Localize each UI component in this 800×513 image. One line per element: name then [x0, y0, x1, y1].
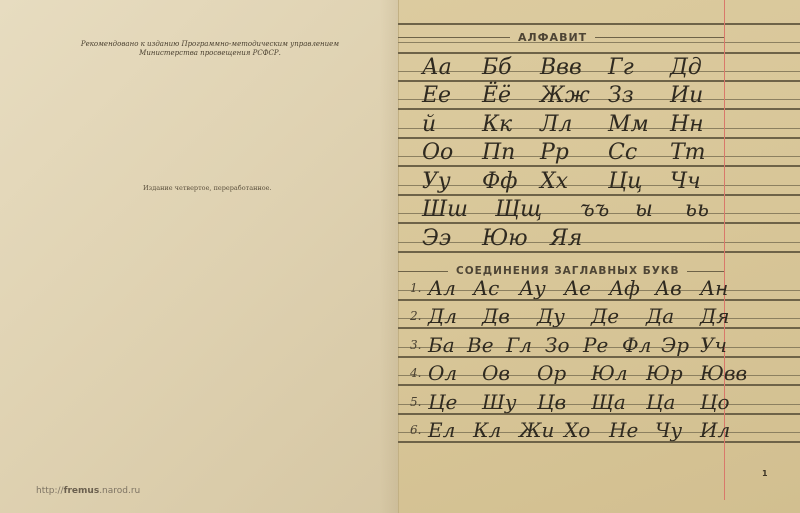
letter-connection: Ца: [646, 388, 675, 416]
letter-connection: Ан: [700, 274, 728, 302]
letter-connection: Фл: [622, 331, 651, 359]
row-number: 5.: [410, 388, 421, 416]
alphabet-letter: Цц: [608, 168, 643, 196]
letter-connection: Ор: [537, 359, 566, 387]
letter-connection: Ел: [428, 416, 455, 444]
letter-connection: Ал: [428, 274, 456, 302]
alphabet-letter: Ее: [422, 82, 451, 110]
page-fold-shadow: [380, 0, 398, 513]
alphabet-letter: Оо: [422, 139, 453, 167]
heading-rule-right: [687, 271, 724, 272]
alphabet-letter: Чч: [670, 168, 701, 196]
heading-rule-left: [398, 37, 510, 38]
alphabet-letter: ы: [635, 196, 653, 224]
connection-row: 2.ДлДвДуДеДаДя: [400, 302, 724, 330]
alphabet-letter: Ёё: [482, 82, 511, 110]
imprint-line-2: Министерства просвещения РСФСР.: [40, 49, 380, 58]
letter-connection: Дв: [482, 302, 510, 330]
edition-note: Издание четвертое, переработанное.: [143, 184, 272, 192]
letter-connection: Дя: [700, 302, 730, 330]
alphabet-heading-text: АЛФАВИТ: [510, 31, 595, 44]
alphabet-letter: Юю: [482, 225, 528, 253]
letter-connection: Юл: [591, 359, 628, 387]
alphabet-letter: Жж: [540, 82, 590, 110]
letter-connection: Де: [591, 302, 619, 330]
letter-connection: Эр: [661, 331, 689, 359]
letter-connection: Ау: [519, 274, 546, 302]
letter-connection: Ав: [655, 274, 682, 302]
letter-connection: Жи: [519, 416, 554, 444]
letter-connection: Ювв: [700, 359, 747, 387]
letter-connection: Цо: [700, 388, 729, 416]
alphabet-letter: Щщ: [495, 196, 542, 224]
alphabet-letter: Зз: [608, 82, 634, 110]
connection-row: 5.ЦеШуЦвЩаЦаЦо: [400, 388, 724, 416]
page-number: 1: [762, 469, 768, 478]
letter-connection: Це: [428, 388, 457, 416]
alphabet-letter: ъъ: [580, 196, 609, 224]
alphabet-letter: Тт: [670, 139, 706, 167]
alphabet-row: АаБбВввГгДд: [400, 54, 724, 82]
row-number: 1.: [410, 274, 421, 302]
source-url-suffix: .narod.ru: [99, 486, 140, 496]
alphabet-letter: Шш: [422, 196, 468, 224]
alphabet-letter: Нн: [670, 111, 704, 139]
alphabet-letter: ьь: [685, 196, 709, 224]
letter-connection: Ов: [482, 359, 510, 387]
alphabet-letter: Ии: [670, 82, 703, 110]
heading-rule-right: [595, 37, 724, 38]
connection-row: 4.ОлОвОрЮлЮрЮвв: [400, 359, 724, 387]
letter-connection: Гл: [506, 331, 532, 359]
imprint-line-1: Рекомендовано к изданию Программно-метод…: [40, 40, 380, 49]
alphabet-letter: Мм: [608, 111, 649, 139]
alphabet-letter: Пп: [482, 139, 515, 167]
letter-connection: Да: [646, 302, 674, 330]
alphabet-row: ЕеЁёЖжЗзИи: [400, 82, 724, 110]
letter-connection: Цв: [537, 388, 566, 416]
source-url-prefix: http://: [36, 486, 64, 496]
alphabet-letter: Фф: [482, 168, 517, 196]
connection-row: 1.АлАсАуАеАфАвАн: [400, 274, 724, 302]
alphabet-letter: Кк: [482, 111, 512, 139]
alphabet-row: ШшЩщъъыьь: [400, 196, 724, 224]
row-number: 3.: [410, 331, 421, 359]
imprint-note: Рекомендовано к изданию Программно-метод…: [40, 40, 380, 58]
source-url[interactable]: http://fremus.narod.ru: [36, 486, 140, 496]
alphabet-letter: Ввв: [540, 54, 582, 82]
letter-connection: Аф: [609, 274, 640, 302]
letter-connection: Уч: [700, 331, 727, 359]
alphabet-letter: Аа: [422, 54, 452, 82]
alphabet-letter: Хх: [540, 168, 568, 196]
letter-connection: Ил: [700, 416, 730, 444]
letter-connection: Ол: [428, 359, 457, 387]
alphabet-letter: Ээ: [422, 225, 451, 253]
alphabet-row: ОоПпРрСсТт: [400, 139, 724, 167]
alphabet-letter: й: [422, 111, 436, 139]
row-number: 4.: [410, 359, 421, 387]
alphabet-row: ЭэЮюЯя: [400, 225, 724, 253]
letter-connection: Ве: [467, 331, 494, 359]
letter-connection: Ре: [583, 331, 608, 359]
alphabet-letter: Сс: [608, 139, 637, 167]
connection-row: 6.ЕлКлЖиХоНеЧуИл: [400, 416, 724, 444]
letter-connection: Чу: [655, 416, 682, 444]
alphabet-letter: Дд: [670, 54, 702, 82]
letter-connection: Шу: [482, 388, 516, 416]
letter-connection: Не: [609, 416, 638, 444]
alphabet-row: УуФфХхЦцЧч: [400, 168, 724, 196]
letter-connection: Ща: [591, 388, 626, 416]
letter-connection: Кл: [473, 416, 501, 444]
alphabet-letter: Уу: [422, 168, 451, 196]
letter-connection: Ас: [473, 274, 499, 302]
alphabet-letter: Яя: [550, 225, 582, 253]
letter-connection: Дл: [428, 302, 457, 330]
letter-connection: Хо: [564, 416, 590, 444]
letter-connection: Зо: [545, 331, 570, 359]
alphabet-letter: Бб: [482, 54, 512, 82]
alphabet-letter: Гг: [608, 54, 634, 82]
source-url-bold: fremus: [64, 486, 100, 496]
connection-row: 3.БаВеГлЗоРеФлЭрУч: [400, 331, 724, 359]
letter-connection: Ду: [537, 302, 565, 330]
row-number: 2.: [410, 302, 421, 330]
heading-rule-left: [398, 271, 448, 272]
alphabet-letter: Лл: [540, 111, 572, 139]
letter-connection: Ае: [564, 274, 591, 302]
left-page: Рекомендовано к изданию Программно-метод…: [0, 0, 398, 513]
alphabet-heading: АЛФАВИТ: [398, 30, 724, 44]
letter-connection: Ба: [428, 331, 455, 359]
letter-connection: Юр: [646, 359, 683, 387]
alphabet-letter: Рр: [540, 139, 569, 167]
ruled-line: [398, 23, 800, 25]
alphabet-row: йКкЛлМмНн: [400, 111, 724, 139]
row-number: 6.: [410, 416, 421, 444]
